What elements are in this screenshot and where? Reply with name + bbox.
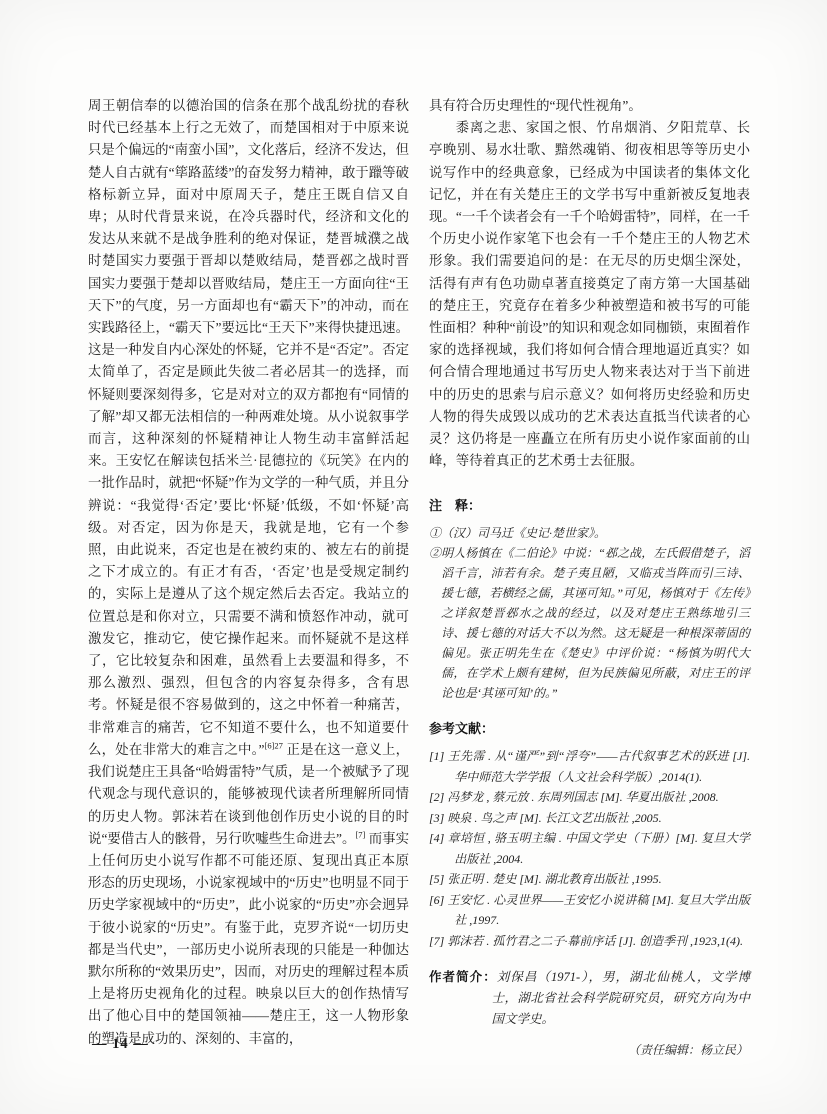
- responsible-editor-note: （责任编辑：杨立民）: [429, 1040, 750, 1060]
- author-bio-text: 刘保昌（1971-），男，湖北仙桃人，文学博士，湖北省社会科学院研究员，研究方向…: [492, 970, 751, 1026]
- author-bio-block: 作者简介：刘保昌（1971-），男，湖北仙桃人，文学博士，湖北省社会科学院研究员…: [429, 967, 750, 1030]
- citation-superscript-6: [6]27: [265, 740, 283, 750]
- references-section-header: 参考文献：: [429, 719, 750, 739]
- note-item-1: ①（汉）司马迁《史记·楚世家》。: [429, 523, 750, 543]
- left-column-paragraph: 周王朝信奉的以德治国的信条在那个战乱纷扰的春秋时代已经基本上行之无效了，而楚国相…: [88, 95, 409, 1050]
- note-item-2: ②明人杨慎在《二伯论》中说：“邲之战，左氏假借楚子，滔滔千言，沛若有余。楚子夷且…: [429, 543, 750, 703]
- reference-item-4: [4] 章培恒 , 骆玉明主编 . 中国文学史（下册）[M]. 复旦大学出版社 …: [429, 828, 750, 869]
- notes-section-header: 注 释：: [429, 496, 750, 516]
- journal-page: 周王朝信奉的以德治国的信条在那个战乱纷扰的春秋时代已经基本上行之无效了，而楚国相…: [0, 0, 827, 1114]
- right-paragraph-main: 黍离之悲、家国之恨、竹帛烟消、夕阳荒草、长亭晚别、易水壮歌、黯然魂销、彻夜相思等…: [429, 117, 750, 472]
- right-paragraph-continuation: 具有符合历史理性的“现代性视角”。: [429, 95, 750, 117]
- reference-item-1: [1] 王先霈 . 从“谨严”到“浮夸”——古代叙事艺术的跃进 [J]. 华中师…: [429, 746, 750, 787]
- citation-superscript-7: [7]: [355, 829, 365, 839]
- author-bio-label: 作者简介：: [429, 970, 497, 984]
- two-column-layout: 周王朝信奉的以德治国的信条在那个战乱纷扰的春秋时代已经基本上行之无效了，而楚国相…: [88, 95, 750, 1060]
- reference-item-5: [5] 张正明 . 楚史 [M]. 湖北教育出版社 ,1995.: [429, 869, 750, 890]
- right-column: 具有符合历史理性的“现代性视角”。 黍离之悲、家国之恨、竹帛烟消、夕阳荒草、长亭…: [429, 95, 750, 1060]
- left-paragraph-part1: 周王朝信奉的以德治国的信条在那个战乱纷扰的春秋时代已经基本上行之无效了，而楚国相…: [88, 98, 409, 757]
- reference-item-2: [2] 冯梦龙 , 蔡元放 . 东周列国志 [M]. 华夏出版社 ,2008.: [429, 787, 750, 808]
- left-paragraph-part3: 而事实上任何历史小说写作都不可能还原、复现出真正本原形态的历史现场，小说家视域中…: [88, 831, 409, 1046]
- reference-item-3: [3] 映泉 . 鸟之声 [M]. 长江文艺出版社 ,2005.: [429, 808, 750, 829]
- reference-item-7: [7] 郭沫若 . 孤竹君之二子·幕前序话 [J]. 创造季刊 ,1923,1(…: [429, 931, 750, 952]
- reference-item-6: [6] 王安忆 . 心灵世界——王安忆小说讲稿 [M]. 复旦大学出版社 ,19…: [429, 890, 750, 931]
- page-number: — 14 —: [92, 1036, 149, 1053]
- left-column: 周王朝信奉的以德治国的信条在那个战乱纷扰的春秋时代已经基本上行之无效了，而楚国相…: [88, 95, 409, 1060]
